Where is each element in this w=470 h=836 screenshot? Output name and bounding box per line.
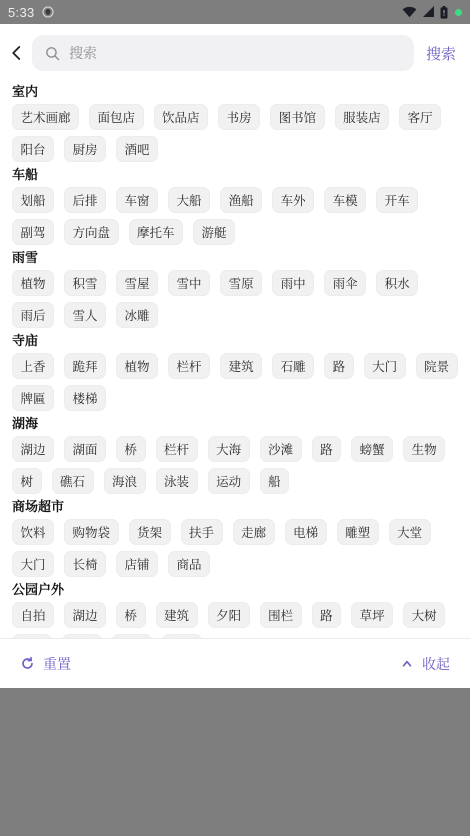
filter-tag[interactable]: 购物袋 <box>64 519 119 545</box>
section-title: 寺庙 <box>12 333 458 348</box>
filter-tag[interactable]: 石雕 <box>272 353 314 379</box>
filter-tag[interactable]: 积雪 <box>64 270 106 296</box>
cellular-signal-icon <box>422 6 435 18</box>
filter-tag[interactable]: 雕塑 <box>337 519 379 545</box>
filter-tag[interactable]: 雪人 <box>64 302 106 328</box>
filter-section-5: 商场超市饮料购物袋货架扶手走廊电梯雕塑大堂大门长椅店铺商品 <box>12 499 458 577</box>
filter-tag[interactable]: 栏杆 <box>168 353 210 379</box>
filter-tag[interactable]: 泳装 <box>156 468 198 494</box>
filter-tag[interactable]: 运动 <box>208 468 250 494</box>
filter-tag[interactable]: 草坪 <box>351 602 393 628</box>
filter-tag[interactable]: 图书馆 <box>270 104 325 130</box>
filter-section-1: 车船划船后排车窗大船渔船车外车模开车副驾方向盘摩托车游艇 <box>12 167 458 245</box>
filter-tag[interactable]: 划船 <box>12 187 54 213</box>
filter-tag[interactable]: 跪拜 <box>64 353 106 379</box>
filter-tag[interactable]: 艺术画廊 <box>12 104 79 130</box>
filter-tag[interactable]: 雪中 <box>168 270 210 296</box>
filter-tag[interactable]: 店铺 <box>116 551 158 577</box>
search-submit-button[interactable]: 搜索 <box>422 39 460 68</box>
filter-tag[interactable]: 大堂 <box>389 519 431 545</box>
filter-tag[interactable]: 阳台 <box>12 136 54 162</box>
filter-tag[interactable]: 生物 <box>403 436 445 462</box>
filter-tag[interactable]: 服装店 <box>335 104 390 130</box>
filter-tag[interactable]: 路 <box>324 353 354 379</box>
filter-tag[interactable]: 雪原 <box>220 270 262 296</box>
filter-tag[interactable]: 电梯 <box>285 519 327 545</box>
filter-tag[interactable]: 螃蟹 <box>351 436 393 462</box>
magnifier-icon <box>44 45 61 62</box>
filter-tag[interactable]: 雨后 <box>12 302 54 328</box>
chevron-left-icon <box>8 44 26 62</box>
filter-section-0: 室内艺术画廊面包店饮品店书房图书馆服装店客厅阳台厨房酒吧 <box>12 84 458 162</box>
filter-tag[interactable]: 雪屋 <box>116 270 158 296</box>
filter-tag[interactable]: 院景 <box>416 353 458 379</box>
section-title: 室内 <box>12 84 458 99</box>
filter-tag[interactable]: 夕阳 <box>208 602 250 628</box>
filter-tag[interactable]: 走廊 <box>233 519 275 545</box>
filter-tag[interactable]: 面包店 <box>89 104 144 130</box>
status-bar-right <box>402 6 462 19</box>
filter-tag[interactable]: 大船 <box>168 187 210 213</box>
filter-tag[interactable]: 冰雕 <box>116 302 158 328</box>
battery-icon <box>440 6 448 19</box>
filter-tag[interactable]: 雨伞 <box>324 270 366 296</box>
filter-tag[interactable]: 扶手 <box>181 519 223 545</box>
search-header: 搜索 <box>0 24 470 82</box>
filter-tag[interactable]: 积水 <box>376 270 418 296</box>
filter-tag[interactable]: 船 <box>260 468 290 494</box>
chevron-up-icon <box>400 657 414 671</box>
filter-tag[interactable]: 沙滩 <box>260 436 302 462</box>
clock: 5:33 <box>8 5 35 20</box>
filter-tag[interactable]: 商品 <box>168 551 210 577</box>
filter-tag[interactable]: 牌匾 <box>12 385 54 411</box>
reset-button[interactable]: 重置 <box>20 654 71 674</box>
filter-tag[interactable]: 栏杆 <box>156 436 198 462</box>
filter-tag[interactable]: 长椅 <box>64 551 106 577</box>
filter-tag[interactable]: 桥 <box>116 436 146 462</box>
refresh-icon <box>20 656 35 671</box>
filter-tag[interactable]: 楼梯 <box>64 385 106 411</box>
tag-row: 植物积雪雪屋雪中雪原雨中雨伞积水雨后雪人冰雕 <box>12 270 458 328</box>
filter-tag[interactable]: 大门 <box>12 551 54 577</box>
filter-tag[interactable]: 书房 <box>218 104 260 130</box>
back-button[interactable] <box>2 35 32 71</box>
filter-tag[interactable]: 客厅 <box>399 104 441 130</box>
tag-row: 自拍湖边桥建筑夕阳围栏路草坪大树 <box>12 602 458 638</box>
filter-section-2: 雨雪植物积雪雪屋雪中雪原雨中雨伞积水雨后雪人冰雕 <box>12 250 458 328</box>
filter-tag[interactable]: 游艇 <box>193 219 235 245</box>
filter-tag[interactable]: 开车 <box>376 187 418 213</box>
filter-tag[interactable]: 自拍 <box>12 602 54 628</box>
filter-tag[interactable]: 湖边 <box>64 602 106 628</box>
collapse-label: 收起 <box>422 654 450 674</box>
filter-tag[interactable]: 摩托车 <box>129 219 184 245</box>
status-bar-left: 5:33 <box>8 5 54 20</box>
filter-tag[interactable]: 车外 <box>272 187 314 213</box>
filter-section-4: 湖海湖边湖面桥栏杆大海沙滩路螃蟹生物树礁石海浪泳装运动船 <box>12 416 458 494</box>
recording-dot-icon <box>455 9 462 16</box>
filter-tag[interactable]: 饮料 <box>12 519 54 545</box>
tag-row: 上香跪拜植物栏杆建筑石雕路大门院景牌匾楼梯 <box>12 353 458 411</box>
filter-tag[interactable]: 上香 <box>12 353 54 379</box>
filter-tag[interactable]: 湖边 <box>12 436 54 462</box>
filter-tag[interactable]: 礁石 <box>52 468 94 494</box>
app-screen: 5:33 <box>0 0 470 836</box>
filter-tag[interactable]: 建筑 <box>156 602 198 628</box>
tag-row: 饮料购物袋货架扶手走廊电梯雕塑大堂大门长椅店铺商品 <box>12 519 458 577</box>
filter-section-3: 寺庙上香跪拜植物栏杆建筑石雕路大门院景牌匾楼梯 <box>12 333 458 411</box>
filter-tag[interactable]: 路 <box>312 602 342 628</box>
filter-tag[interactable]: 植物 <box>12 270 54 296</box>
filter-sections[interactable]: 室内艺术画廊面包店饮品店书房图书馆服装店客厅阳台厨房酒吧车船划船后排车窗大船渔船… <box>0 82 470 638</box>
filter-tag[interactable]: 植物 <box>116 353 158 379</box>
status-bar: 5:33 <box>0 0 470 24</box>
filter-tag[interactable]: 建筑 <box>220 353 262 379</box>
section-title: 公园户外 <box>12 582 458 597</box>
filter-tag[interactable]: 围栏 <box>260 602 302 628</box>
filter-tag[interactable]: 副驾 <box>12 219 54 245</box>
section-title: 雨雪 <box>12 250 458 265</box>
filter-tag[interactable]: 货架 <box>129 519 171 545</box>
privacy-shield-icon <box>42 6 54 18</box>
filter-tag[interactable]: 海浪 <box>104 468 146 494</box>
tag-row: 湖边湖面桥栏杆大海沙滩路螃蟹生物树礁石海浪泳装运动船 <box>12 436 458 494</box>
section-title: 商场超市 <box>12 499 458 514</box>
search-box[interactable] <box>32 35 414 71</box>
filter-tag[interactable]: 车窗 <box>116 187 158 213</box>
filter-tag[interactable]: 渔船 <box>220 187 262 213</box>
reset-label: 重置 <box>43 654 71 674</box>
filter-tag[interactable]: 饮品店 <box>154 104 209 130</box>
tag-row: 划船后排车窗大船渔船车外车模开车副驾方向盘摩托车游艇 <box>12 187 458 245</box>
filter-tag[interactable]: 树 <box>12 468 42 494</box>
tag-row: 艺术画廊面包店饮品店书房图书馆服装店客厅阳台厨房酒吧 <box>12 104 458 162</box>
filter-tag[interactable]: 厨房 <box>64 136 106 162</box>
section-title: 车船 <box>12 167 458 182</box>
collapse-button[interactable]: 收起 <box>400 654 450 674</box>
filter-tag[interactable]: 后排 <box>64 187 106 213</box>
filter-tag[interactable]: 雨中 <box>272 270 314 296</box>
filter-section-6: 公园户外自拍湖边桥建筑夕阳围栏路草坪大树 <box>12 582 458 638</box>
search-input[interactable] <box>69 45 402 61</box>
filter-tag[interactable]: 大海 <box>208 436 250 462</box>
filter-tag[interactable]: 大门 <box>364 353 406 379</box>
filter-tag[interactable]: 桥 <box>116 602 146 628</box>
bottom-action-bar: 重置 收起 <box>0 638 470 688</box>
section-title: 湖海 <box>12 416 458 431</box>
filter-tag[interactable]: 酒吧 <box>116 136 158 162</box>
filter-tag[interactable]: 车模 <box>324 187 366 213</box>
filter-tag[interactable]: 湖面 <box>64 436 106 462</box>
filter-tag[interactable]: 大树 <box>403 602 445 628</box>
filter-tag[interactable]: 方向盘 <box>64 219 119 245</box>
dimmed-background[interactable] <box>0 688 470 836</box>
wifi-icon <box>402 6 417 18</box>
filter-tag[interactable]: 路 <box>312 436 342 462</box>
